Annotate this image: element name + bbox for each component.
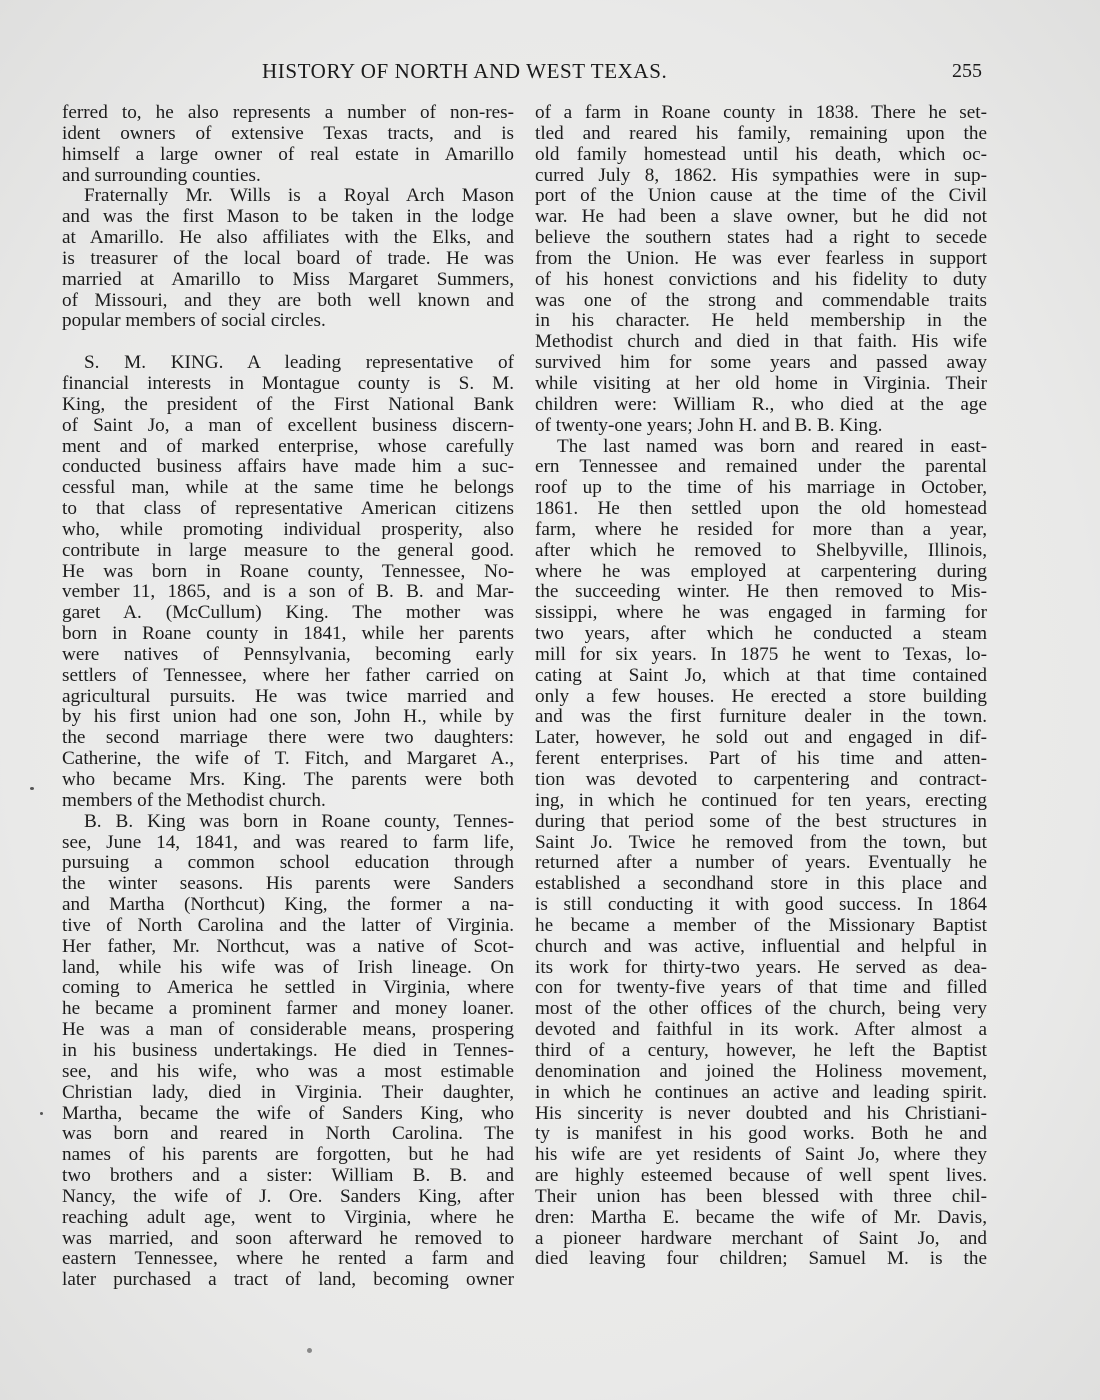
text-line: of Saint Jo, a man of excellent business… bbox=[62, 416, 514, 437]
paragraph-gap bbox=[62, 332, 514, 353]
text-line: of Missouri, and they are both well know… bbox=[62, 291, 514, 312]
text-line: ferent enterprises. Part of his time and… bbox=[535, 749, 987, 770]
text-line: returned after a number of years. Eventu… bbox=[535, 853, 987, 874]
text-line: cating at Saint Jo, which at that time c… bbox=[535, 666, 987, 687]
right-column: of a farm in Roane county in 1838. There… bbox=[535, 103, 987, 1270]
text-line: S. M. KING. A leading representative of bbox=[62, 353, 514, 374]
scan-speck bbox=[30, 787, 34, 790]
text-line: the winter seasons. His parents were San… bbox=[62, 874, 514, 895]
text-line: to that class of representative American… bbox=[62, 499, 514, 520]
text-line: church and was active, influential and h… bbox=[535, 937, 987, 958]
text-line: are highly esteemed because of well spen… bbox=[535, 1166, 987, 1187]
text-line: ment and of marked enterprise, whose car… bbox=[62, 437, 514, 458]
text-line: after which he removed to Shelbyville, I… bbox=[535, 541, 987, 562]
text-line: believe the southern states had a right … bbox=[535, 228, 987, 249]
text-line: members of the Methodist church. bbox=[62, 791, 514, 812]
text-line: Nancy, the wife of J. Ore. Sanders King,… bbox=[62, 1187, 514, 1208]
text-line: born in Roane county in 1841, while her … bbox=[62, 624, 514, 645]
text-line: vember 11, 1865, and is a son of B. B. a… bbox=[62, 582, 514, 603]
text-line: two years, after which he conducted a st… bbox=[535, 624, 987, 645]
text-line: his wife are yet residents of Saint Jo, … bbox=[535, 1145, 987, 1166]
text-line: financial interests in Montague county i… bbox=[62, 374, 514, 395]
text-line: survived him for some years and passed a… bbox=[535, 353, 987, 374]
text-line: cessful man, while at the same time he b… bbox=[62, 478, 514, 499]
text-line: and surrounding counties. bbox=[62, 166, 514, 187]
text-line: see, and his wife, who was a most estima… bbox=[62, 1062, 514, 1083]
text-line: war. He had been a slave owner, but he d… bbox=[535, 207, 987, 228]
text-line: the second marriage there were two daugh… bbox=[62, 728, 514, 749]
text-line: in which he continues an active and lead… bbox=[535, 1083, 987, 1104]
text-line: ident owners of extensive Texas tracts, … bbox=[62, 124, 514, 145]
text-line: The last named was born and reared in ea… bbox=[535, 437, 987, 458]
text-line: conducted business affairs have made him… bbox=[62, 457, 514, 478]
text-line: married at Amarillo to Miss Margaret Sum… bbox=[62, 270, 514, 291]
text-line: farm, where he resided for more than a y… bbox=[535, 520, 987, 541]
text-line: while visiting at her old home in Virgin… bbox=[535, 374, 987, 395]
text-line: and was the first furniture dealer in th… bbox=[535, 707, 987, 728]
text-line: Methodist church and died in that faith.… bbox=[535, 332, 987, 353]
text-line: B. B. King was born in Roane county, Ten… bbox=[62, 812, 514, 833]
text-line: of twenty-one years; John H. and B. B. K… bbox=[535, 416, 987, 437]
text-line: is still conducting it with good success… bbox=[535, 895, 987, 916]
text-line: old family homestead until his death, wh… bbox=[535, 145, 987, 166]
text-line: dren: Martha E. became the wife of Mr. D… bbox=[535, 1208, 987, 1229]
text-line: settlers of Tennessee, where her father … bbox=[62, 666, 514, 687]
text-line: during that period some of the best stru… bbox=[535, 812, 987, 833]
text-line: ern Tennessee and remained under the par… bbox=[535, 457, 987, 478]
text-line: only a few houses. He erected a store bu… bbox=[535, 687, 987, 708]
text-line: who, while promoting individual prosperi… bbox=[62, 520, 514, 541]
text-line: were natives of Pennsylvania, becoming e… bbox=[62, 645, 514, 666]
text-line: Later, however, he sold out and engaged … bbox=[535, 728, 987, 749]
text-line: agricultural pursuits. He was twice marr… bbox=[62, 687, 514, 708]
text-line: contribute in large measure to the gener… bbox=[62, 541, 514, 562]
text-line: is treasurer of the local board of trade… bbox=[62, 249, 514, 270]
text-line: was born and reared in North Carolina. T… bbox=[62, 1124, 514, 1145]
text-line: Their union has been blessed with three … bbox=[535, 1187, 987, 1208]
running-title: HISTORY OF NORTH AND WEST TEXAS. bbox=[262, 59, 667, 84]
text-line: land, while his wife was of Irish lineag… bbox=[62, 958, 514, 979]
text-line: reaching adult age, went to Virginia, wh… bbox=[62, 1208, 514, 1229]
text-line: was one of the strong and commendable tr… bbox=[535, 291, 987, 312]
text-line: Saint Jo. Twice he removed from the town… bbox=[535, 833, 987, 854]
text-line: ty is manifest in his good works. Both h… bbox=[535, 1124, 987, 1145]
text-line: devoted and faithful in its work. After … bbox=[535, 1020, 987, 1041]
text-line: Christian lady, died in Virginia. Their … bbox=[62, 1083, 514, 1104]
text-line: see, June 14, 1841, and was reared to fa… bbox=[62, 833, 514, 854]
text-line: popular members of social circles. bbox=[62, 311, 514, 332]
text-line: he became a member of the Missionary Bap… bbox=[535, 916, 987, 937]
scan-speck bbox=[40, 1112, 43, 1115]
text-line: King, the president of the First Nationa… bbox=[62, 395, 514, 416]
text-line: mill for six years. In 1875 he went to T… bbox=[535, 645, 987, 666]
running-header: HISTORY OF NORTH AND WEST TEXAS. 255 bbox=[0, 59, 1100, 89]
text-line: the succeeding winter. He then removed t… bbox=[535, 582, 987, 603]
text-line: himself a large owner of real estate in … bbox=[62, 145, 514, 166]
text-line: ferred to, he also represents a number o… bbox=[62, 103, 514, 124]
text-line: Martha, became the wife of Sanders King,… bbox=[62, 1104, 514, 1125]
text-line: tled and reared his family, remaining up… bbox=[535, 124, 987, 145]
text-line: tion was devoted to carpentering and con… bbox=[535, 770, 987, 791]
text-line: its work for thirty-two years. He served… bbox=[535, 958, 987, 979]
text-line: third of a century, however, he left the… bbox=[535, 1041, 987, 1062]
text-line: two brothers and a sister: William B. B.… bbox=[62, 1166, 514, 1187]
text-line: a pioneer hardware merchant of Saint Jo,… bbox=[535, 1229, 987, 1250]
text-line: roof up to the time of his marriage in O… bbox=[535, 478, 987, 499]
text-line: con for twenty-five years of that time a… bbox=[535, 978, 987, 999]
text-line: names of his parents are forgotten, but … bbox=[62, 1145, 514, 1166]
text-line: His sincerity is never doubted and his C… bbox=[535, 1104, 987, 1125]
text-line: Fraternally Mr. Wills is a Royal Arch Ma… bbox=[62, 186, 514, 207]
text-line: later purchased a tract of land, becomin… bbox=[62, 1270, 514, 1291]
text-line: children were: William R., who died at t… bbox=[535, 395, 987, 416]
text-line: eastern Tennessee, where he rented a far… bbox=[62, 1249, 514, 1270]
text-line: at Amarillo. He also affiliates with the… bbox=[62, 228, 514, 249]
text-line: port of the Union cause at the time of t… bbox=[535, 186, 987, 207]
text-line: from the Union. He was ever fearless in … bbox=[535, 249, 987, 270]
text-line: he became a prominent farmer and money l… bbox=[62, 999, 514, 1020]
left-column: ferred to, he also represents a number o… bbox=[62, 103, 514, 1291]
text-line: of a farm in Roane county in 1838. There… bbox=[535, 103, 987, 124]
text-line: who became Mrs. King. The parents were b… bbox=[62, 770, 514, 791]
text-line: tive of North Carolina and the latter of… bbox=[62, 916, 514, 937]
text-line: where he was employed at carpentering du… bbox=[535, 562, 987, 583]
text-line: was married, and soon afterward he remov… bbox=[62, 1229, 514, 1250]
text-line: garet A. (McCullum) King. The mother was bbox=[62, 603, 514, 624]
text-line: most of the other offices of the church,… bbox=[535, 999, 987, 1020]
text-line: He was a man of considerable means, pros… bbox=[62, 1020, 514, 1041]
text-line: curred July 8, 1862. His sympathies were… bbox=[535, 166, 987, 187]
text-line: Catherine, the wife of T. Fitch, and Mar… bbox=[62, 749, 514, 770]
text-line: died leaving four children; Samuel M. is… bbox=[535, 1249, 987, 1270]
text-line: sissippi, where he was engaged in farmin… bbox=[535, 603, 987, 624]
text-line: and Martha (Northcut) King, the former a… bbox=[62, 895, 514, 916]
text-line: He was born in Roane county, Tennessee, … bbox=[62, 562, 514, 583]
text-line: Her father, Mr. Northcut, was a native o… bbox=[62, 937, 514, 958]
scan-speck bbox=[307, 1348, 312, 1353]
text-line: ing, in which he continued for ten years… bbox=[535, 791, 987, 812]
text-line: by his first union had one son, John H.,… bbox=[62, 707, 514, 728]
text-line: pursuing a common school education throu… bbox=[62, 853, 514, 874]
text-line: 1861. He then settled upon the old homes… bbox=[535, 499, 987, 520]
text-line: and was the first Mason to be taken in t… bbox=[62, 207, 514, 228]
text-line: denomination and joined the Holiness mov… bbox=[535, 1062, 987, 1083]
text-line: of his honest convictions and his fideli… bbox=[535, 270, 987, 291]
text-line: coming to America he settled in Virginia… bbox=[62, 978, 514, 999]
text-line: established a secondhand store in this p… bbox=[535, 874, 987, 895]
text-line: in his business undertakings. He died in… bbox=[62, 1041, 514, 1062]
page-number: 255 bbox=[952, 60, 982, 83]
book-page: HISTORY OF NORTH AND WEST TEXAS. 255 fer… bbox=[0, 0, 1100, 1400]
text-line: in his character. He held membership in … bbox=[535, 311, 987, 332]
